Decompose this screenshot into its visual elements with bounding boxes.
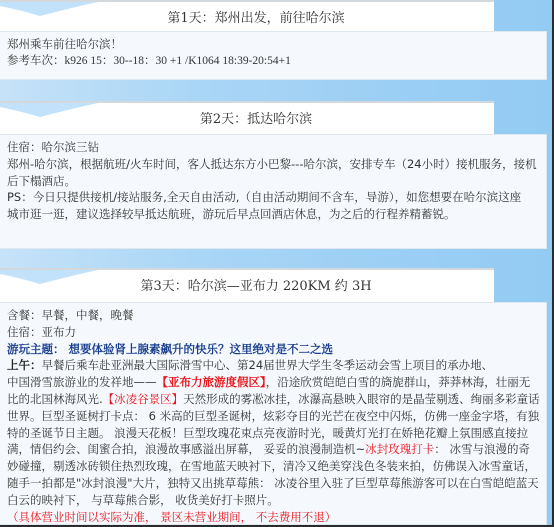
day-3-notice: （具体营业时间以实际为准， 景区未营业期间， 不去费用不退） — [7, 509, 540, 526]
day-1-title: 第1天：郑州出发，前往哈尔滨 — [149, 4, 344, 31]
day-3-theme: 游玩主题： 想要体验肾上腺素飙升的快乐？这里绝对是不二之选 — [7, 341, 540, 358]
day-2-section: 第2天：抵达哈尔滨 住宿：哈尔滨三钻 郑州-哈尔滨，根据航班/火车时间，客人抵达… — [0, 101, 547, 249]
day-3-body: 含餐：早餐，中餐，晚餐 住宿：亚布力 游玩主题： 想要体验肾上腺素飙升的快乐？这… — [0, 302, 547, 525]
day-3-morning-cont: 中国滑雪旅游业的发祥地——【亚布力旅游度假区】，沿途欣赏皑皑白雪的旖旎群山，莽莽… — [7, 374, 540, 508]
day-3-section: 第3天：哈尔滨—亚布力 220KM 约 3H 含餐：早餐，中餐，晚餐 住宿：亚布… — [0, 268, 547, 525]
day-1-line-1: 郑州乘车前往哈尔滨！ — [7, 36, 540, 53]
day-3-meals: 含餐：早餐，中餐，晚餐 — [7, 307, 540, 324]
wave-decoration-icon — [0, 270, 98, 285]
day-3-title: 第3天：哈尔滨—亚布力 220KM 约 3H — [122, 272, 371, 301]
day-1-train-info: 参考车次：k926 15：30--18：30 +1 /K1064 18:39-2… — [7, 53, 540, 70]
highlight-yabuli-resort: 【亚布力旅游度假区】 — [157, 375, 266, 389]
wave-decoration-icon — [0, 103, 98, 118]
day-2-title: 第2天：抵达哈尔滨 — [182, 105, 312, 134]
highlight-ice-rose: 冰封玫瑰打卡 — [365, 442, 434, 456]
day-3-morning: 上午：早餐后乘车赴亚洲最大国际滑雪中心、第24届世界大学生冬季运动会雪上项目的承… — [7, 357, 540, 374]
wave-decoration-icon — [0, 2, 98, 17]
morning-text-1: 早餐后乘车赴亚洲最大国际滑雪中心、第24届世界大学生冬季运动会雪上项目的承办地、 — [42, 358, 494, 372]
day-1-body: 郑州乘车前往哈尔滨！ 参考车次：k926 15：30--18：30 +1 /K1… — [0, 31, 547, 80]
morning-label: 上午： — [7, 358, 42, 372]
day-2-pickup-info: 郑州-哈尔滨，根据航班/火车时间，客人抵达东方小巴黎---哈尔滨，安排专车（24… — [7, 156, 540, 190]
day-1-header: 第1天：郑州出发，前往哈尔滨 — [0, 0, 494, 31]
day-3-lodging: 住宿：亚布力 — [7, 324, 540, 341]
day-2-ps-note: PS：今日只提供接机/接站服务,全天自由活动,（自由活动期间不含车，导游），如您… — [7, 189, 540, 206]
highlight-binglinggu: 【冰凌谷景区】 — [103, 392, 184, 406]
day-2-suggestion: 城市逛一逛，建议选择较早抵达航班，游玩后早点回酒店休息，为之后的行程养精蓄锐。 — [7, 206, 540, 223]
day-3-header: 第3天：哈尔滨—亚布力 220KM 约 3H — [0, 268, 494, 302]
day-2-header: 第2天：抵达哈尔滨 — [0, 101, 494, 134]
day-2-lodging: 住宿：哈尔滨三钻 — [7, 139, 540, 156]
day-2-body: 住宿：哈尔滨三钻 郑州-哈尔滨，根据航班/火车时间，客人抵达东方小巴黎---哈尔… — [0, 134, 547, 249]
day-1-section: 第1天：郑州出发，前往哈尔滨 郑州乘车前往哈尔滨！ 参考车次：k926 15：3… — [0, 0, 547, 80]
morning-text-2: 中国滑雪旅游业的发祥地—— — [7, 375, 157, 389]
